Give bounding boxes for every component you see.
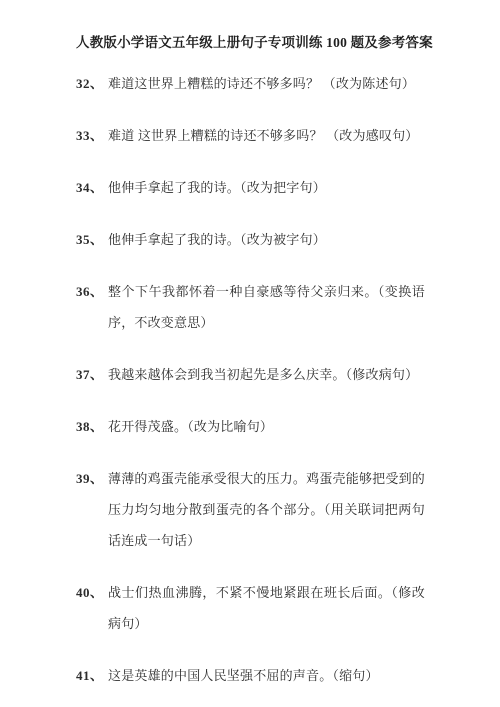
item-text: 战士们热血沸腾，不紧不慢地紧跟在班长后面。（修改病句） bbox=[108, 577, 425, 639]
item-number: 36、 bbox=[76, 276, 108, 307]
exercise-item-33: 33、 难道 这世界上糟糕的诗还不够多吗？ （改为感叹句） bbox=[76, 120, 425, 151]
exercise-item-37: 37、 我越来越体会到我当初起先是多么庆幸。（修改病句） bbox=[76, 359, 425, 390]
item-text: 薄薄的鸡蛋壳能承受很大的压力。鸡蛋壳能够把受到的压力均匀地分散到蛋壳的各个部分。… bbox=[108, 463, 425, 556]
item-text: 花开得茂盛。（改为比喻句） bbox=[108, 411, 425, 442]
exercise-list: 32、 难道这世界上糟糕的诗还不够多吗？ （改为陈述句） 33、 难道 这世界上… bbox=[76, 68, 425, 691]
exercise-item-36: 36、 整个下午我都怀着一种自豪感等待父亲归来。（变换语序，不改变意思） bbox=[76, 276, 425, 338]
exercise-item-38: 38、 花开得茂盛。（改为比喻句） bbox=[76, 411, 425, 442]
item-text: 我越来越体会到我当初起先是多么庆幸。（修改病句） bbox=[108, 359, 425, 390]
item-number: 38、 bbox=[76, 411, 108, 442]
item-number: 32、 bbox=[76, 68, 108, 99]
page-title: 人教版小学语文五年级上册句子专项训练 100 题及参考答案 bbox=[76, 33, 425, 52]
item-number: 40、 bbox=[76, 577, 108, 608]
item-number: 41、 bbox=[76, 660, 108, 691]
item-number: 39、 bbox=[76, 463, 108, 494]
item-text: 难道这世界上糟糕的诗还不够多吗？ （改为陈述句） bbox=[108, 68, 425, 99]
item-text: 他伸手拿起了我的诗。（改为被字句） bbox=[108, 224, 425, 255]
item-number: 37、 bbox=[76, 359, 108, 390]
exercise-item-40: 40、 战士们热血沸腾，不紧不慢地紧跟在班长后面。（修改病句） bbox=[76, 577, 425, 639]
exercise-item-32: 32、 难道这世界上糟糕的诗还不够多吗？ （改为陈述句） bbox=[76, 68, 425, 99]
item-text: 难道 这世界上糟糕的诗还不够多吗？ （改为感叹句） bbox=[108, 120, 425, 151]
exercise-item-35: 35、 他伸手拿起了我的诗。（改为被字句） bbox=[76, 224, 425, 255]
worksheet-page: 人教版小学语文五年级上册句子专项训练 100 题及参考答案 32、 难道这世界上… bbox=[0, 0, 500, 707]
item-text: 他伸手拿起了我的诗。（改为把字句） bbox=[108, 172, 425, 203]
exercise-item-41: 41、 这是英雄的中国人民坚强不屈的声音。（缩句） bbox=[76, 660, 425, 691]
exercise-item-34: 34、 他伸手拿起了我的诗。（改为把字句） bbox=[76, 172, 425, 203]
item-number: 33、 bbox=[76, 120, 108, 151]
item-number: 34、 bbox=[76, 172, 108, 203]
item-number: 35、 bbox=[76, 224, 108, 255]
exercise-item-39: 39、 薄薄的鸡蛋壳能承受很大的压力。鸡蛋壳能够把受到的压力均匀地分散到蛋壳的各… bbox=[76, 463, 425, 556]
item-text: 这是英雄的中国人民坚强不屈的声音。（缩句） bbox=[108, 660, 425, 691]
item-text: 整个下午我都怀着一种自豪感等待父亲归来。（变换语序，不改变意思） bbox=[108, 276, 425, 338]
